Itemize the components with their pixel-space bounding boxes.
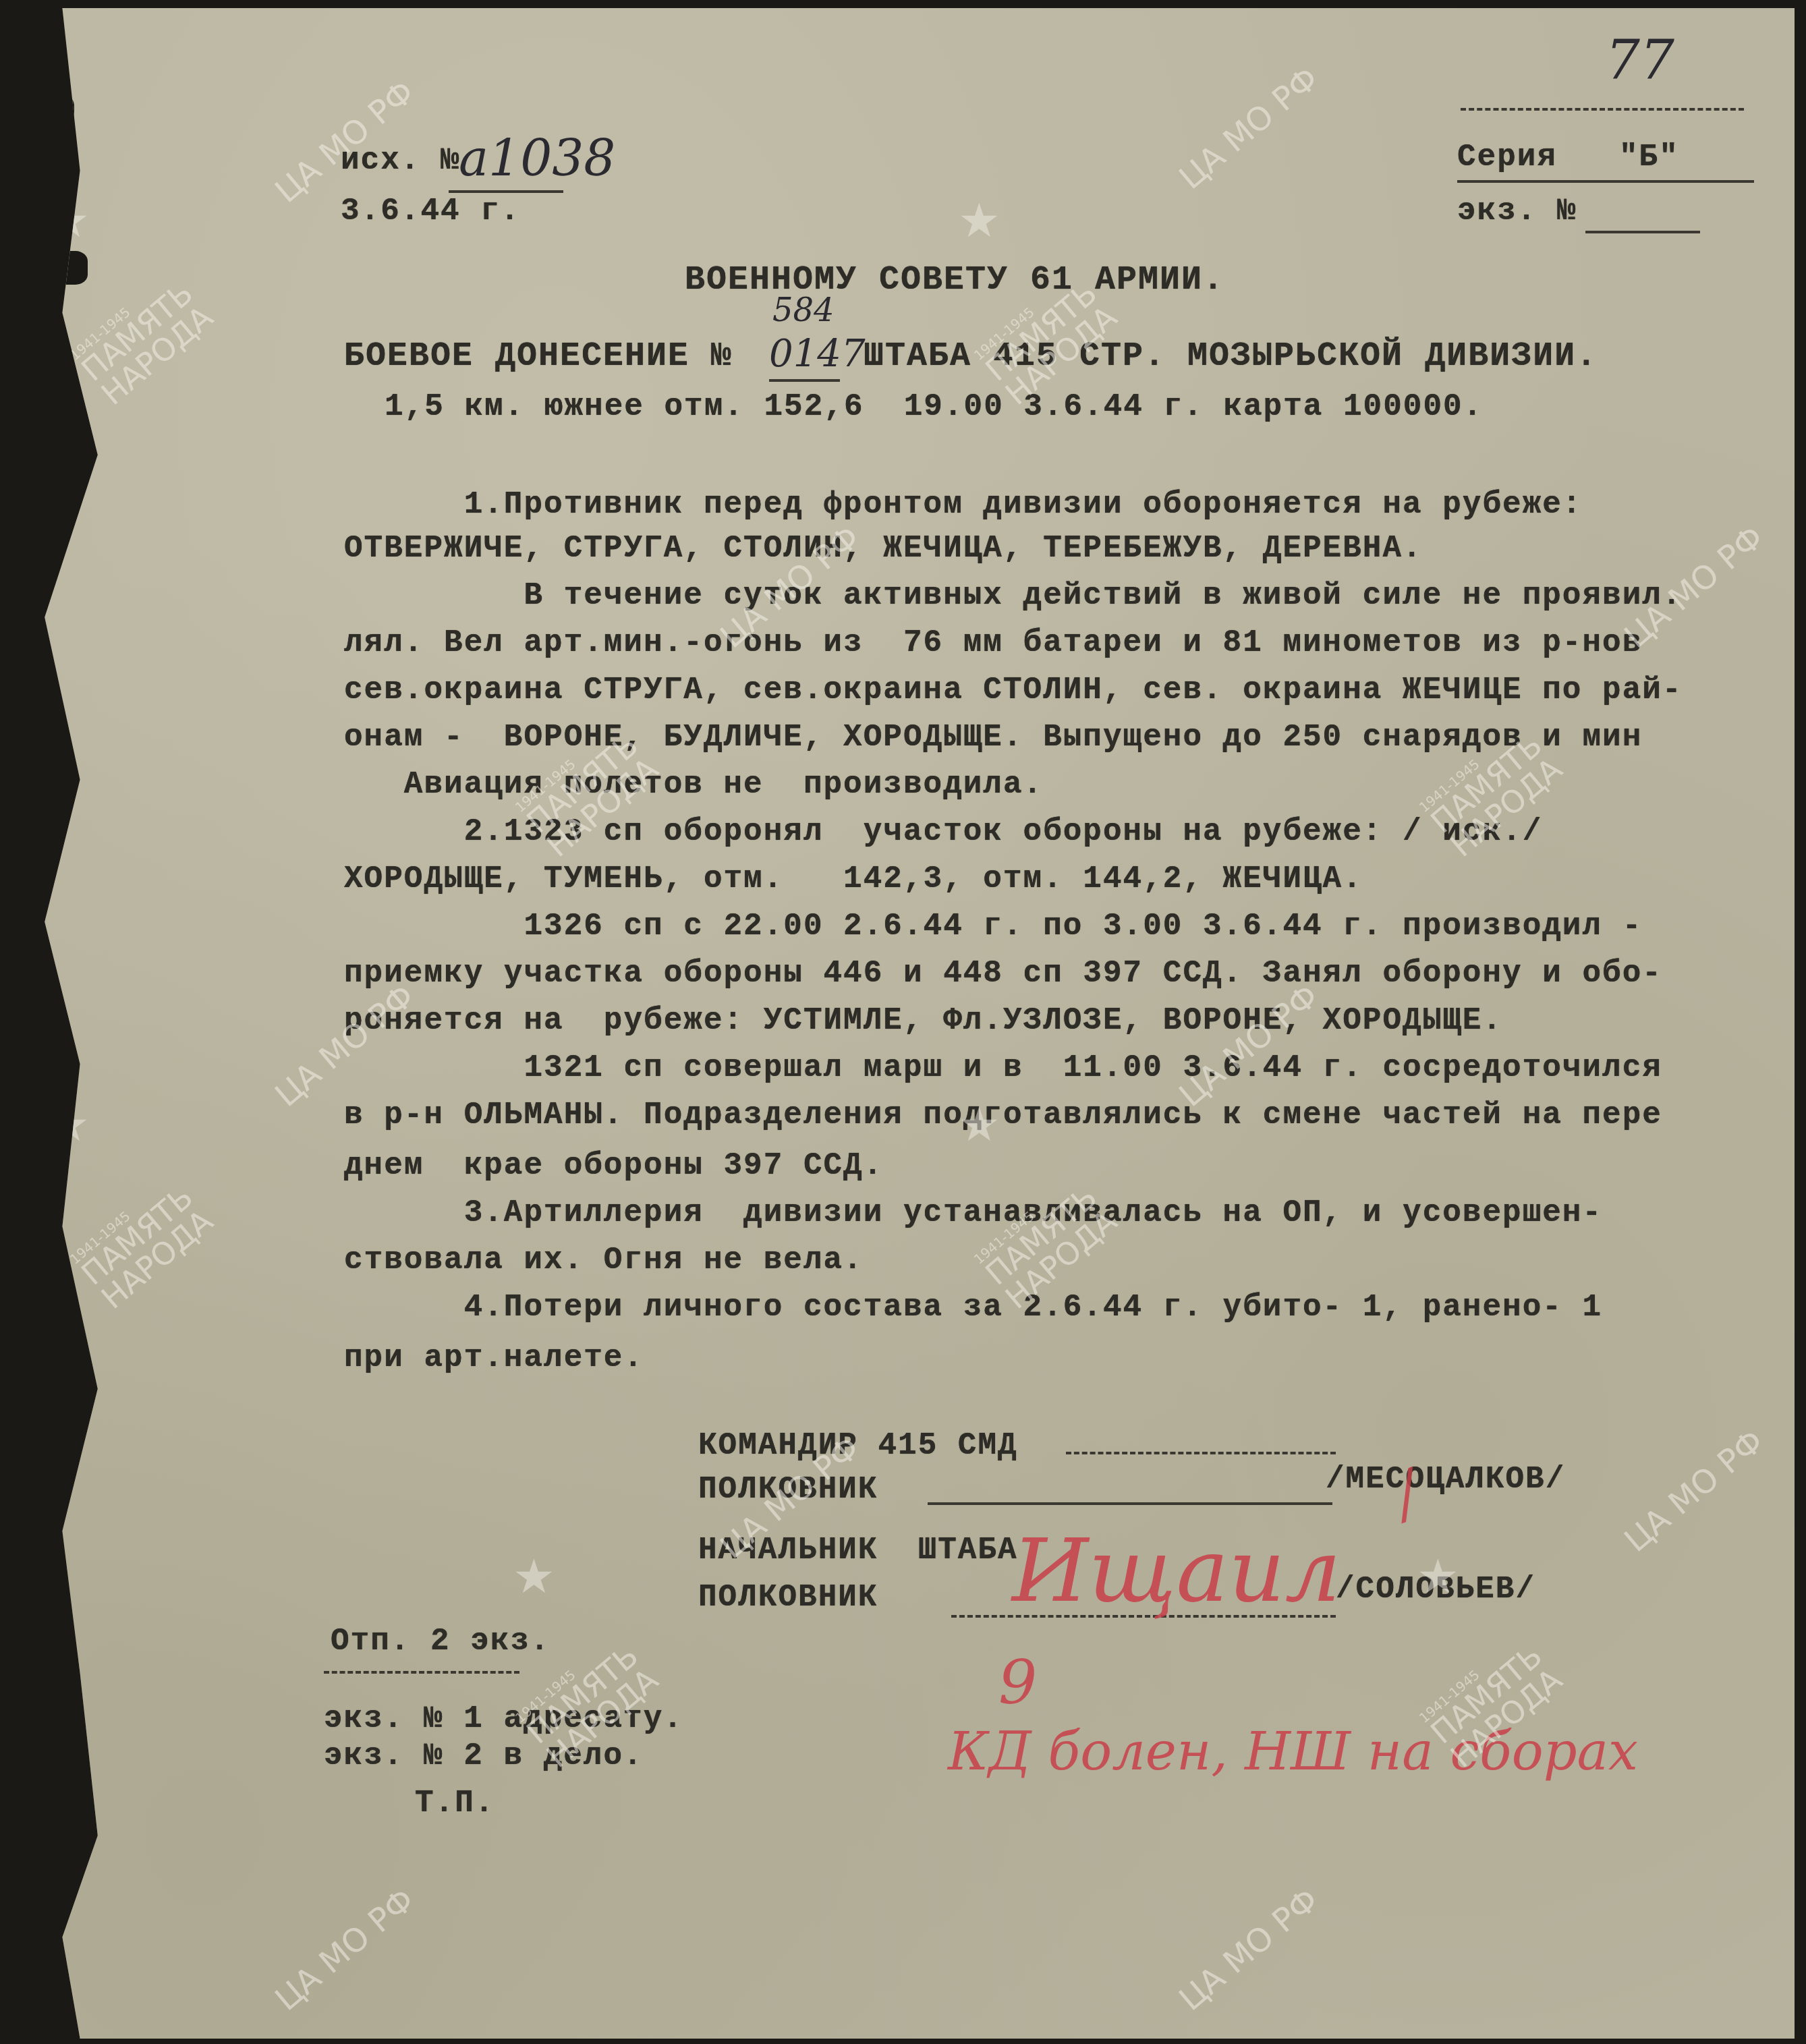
body-line: онам - ВОРОНЕ, БУДЛИЧЕ, ХОРОДЫЩЕ. Выпуще…	[344, 720, 1642, 755]
body-line: днем крае обороны 397 ССД.	[344, 1148, 883, 1183]
watermark-tsamo: ЦА МО РФ	[1174, 61, 1324, 195]
torn-hole	[47, 96, 74, 130]
body-line: 3.Артиллерия дивизии устанавливалась на …	[344, 1195, 1602, 1230]
printed-copies: Отп. 2 экз.	[331, 1624, 551, 1659]
watermark-star-icon: ★	[958, 197, 1000, 244]
body-line: 4.Потери личного состава за 2.6.44 г. уб…	[344, 1290, 1602, 1325]
document-date: 3.6.44 г.	[341, 194, 520, 229]
report-number-correction: 584	[772, 291, 835, 329]
watermark-tsamo: ЦА МО РФ	[270, 1883, 420, 2016]
torn-hole	[40, 797, 67, 824]
document-page: исх. № a1038 3.6.44 г. 77 Серия "Б" экз.…	[27, 8, 1795, 2039]
body-line: лял. Вел арт.мин.-огонь из 76 мм батареи…	[344, 625, 1642, 660]
body-line: ХОРОДЫЩЕ, ТУМЕНЬ, отм. 142,3, отм. 144,2…	[344, 861, 1363, 897]
body-line: сев.окраина СТРУГА, сев.окраина СТОЛИН, …	[344, 673, 1683, 708]
red-note: КД болен, НШ на сборах	[948, 1722, 1638, 1782]
body-line: 1326 сп с 22.00 2.6.44 г. по 3.00 3.6.44…	[344, 909, 1642, 944]
red-signature: Ищаил	[1012, 1519, 1341, 1622]
watermark-star-icon: ★	[47, 1101, 90, 1148]
watermark-pamyat-naroda: 1941-1945ПАМЯТЬНАРОДА	[67, 266, 218, 410]
body-line: приемку участка обороны 446 и 448 сп 397…	[344, 956, 1662, 991]
body-line: ОТВЕРЖИЧЕ, СТРУГА, СТОЛИН, ЖЕЧИЦА, ТЕРЕБ…	[344, 531, 1423, 566]
red-note-digit: 9	[998, 1647, 1037, 1718]
commander-name: /МЕСОЦАЛКОВ/	[1326, 1462, 1565, 1497]
chief-rank: ПОЛКОВНИК	[698, 1580, 878, 1615]
body-line: ствовала их. Огня не вела.	[344, 1243, 864, 1278]
body-line: при арт.налете.	[344, 1340, 644, 1375]
body-line: в р-н ОЛЬМАНЫ. Подразделения подготавлял…	[344, 1098, 1662, 1133]
series-label: Серия	[1457, 140, 1557, 175]
report-number-underline	[769, 379, 840, 382]
watermark-star-icon: ★	[1417, 1553, 1459, 1600]
body-line: Авиация полетов не производила.	[344, 767, 1043, 802]
commander-dashes	[1066, 1452, 1336, 1454]
watermark-tsamo: ЦА МО РФ	[270, 979, 420, 1112]
typist-initials: Т.П.	[415, 1786, 495, 1821]
body-line: 1.Противник перед фронтом дивизии оборон…	[344, 487, 1582, 522]
header-dashes	[1461, 108, 1744, 111]
report-number: 0147	[769, 332, 866, 376]
report-title-suffix: ШТАБА 415 СТР. МОЗЫРЬСКОЙ ДИВИЗИИ.	[864, 337, 1598, 376]
addressee: ВОЕННОМУ СОВЕТУ 61 АРМИИ.	[685, 261, 1224, 300]
page-number: 77	[1606, 28, 1674, 91]
body-line: роняется на рубеже: УСТИМЛЕ, Фл.УЗЛОЗЕ, …	[344, 1003, 1502, 1038]
body-line: 2.1323 сп оборонял участок обороны на ру…	[344, 814, 1542, 849]
torn-hole	[47, 251, 88, 285]
series-underline	[1457, 180, 1754, 183]
printed-underline	[324, 1671, 519, 1674]
series-value: "Б"	[1619, 140, 1679, 175]
watermark-tsamo: ЦА МО РФ	[1619, 1424, 1769, 1558]
outgoing-number: a1038	[459, 130, 615, 188]
watermark-star-icon: ★	[513, 1553, 555, 1600]
copy-label: экз. №	[1457, 194, 1577, 229]
watermark-tsamo: ЦА МО РФ	[270, 75, 420, 208]
location-line: 1,5 км. южнее отм. 152,6 19.00 3.6.44 г.…	[385, 389, 1483, 424]
copy-underline	[1585, 231, 1700, 233]
watermark-tsamo: ЦА МО РФ	[1174, 979, 1324, 1112]
watermark-star-icon: ★	[47, 197, 90, 244]
outgoing-underline	[449, 190, 563, 193]
report-title-prefix: БОЕВОЕ ДОНЕСЕНИЕ №	[344, 337, 733, 376]
body-line: 1321 сп совершал марш и в 11.00 3.6.44 г…	[344, 1050, 1662, 1085]
watermark-star-icon: ★	[958, 1101, 1000, 1148]
body-line: В течение суток активных действий в живо…	[344, 578, 1683, 613]
commander-signature-line	[928, 1502, 1332, 1505]
watermark-pamyat-naroda: 1941-1945ПАМЯТЬНАРОДА	[67, 1170, 218, 1314]
watermark-tsamo: ЦА МО РФ	[1174, 1883, 1324, 2016]
